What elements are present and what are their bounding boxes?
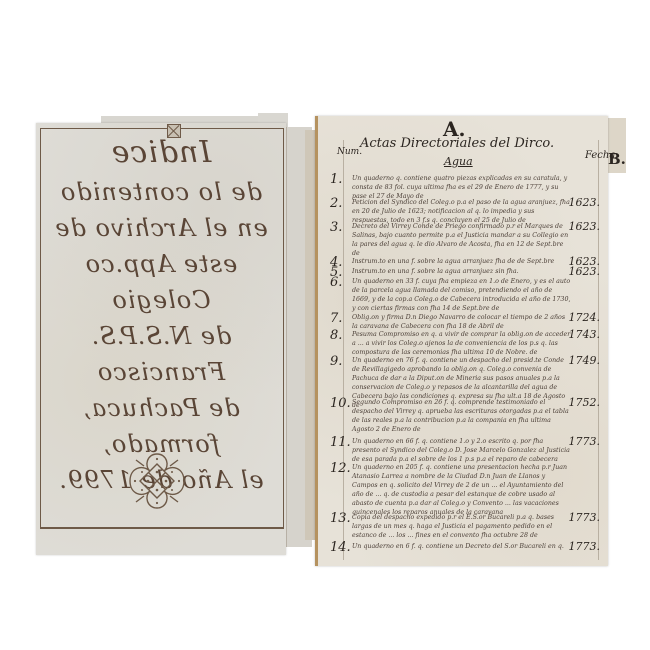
entry-number: 11. <box>330 435 350 450</box>
page-title: Actas Directoriales del Dirco. <box>360 136 554 151</box>
column-header-fecha: Fecha <box>585 150 615 161</box>
cover-line: de lo contenido <box>40 174 282 210</box>
entry-year: 1623. <box>569 196 601 209</box>
entry-year: 1773. <box>569 435 601 448</box>
entry-number: 3. <box>330 220 350 235</box>
entry-number: 10. <box>330 396 350 411</box>
entry-number: 9. <box>330 354 350 369</box>
index-entry: 14. Un quaderno en 6 f. q. contiene un D… <box>330 540 600 556</box>
index-entry: 6. Un quaderno en 33 f. cuya fha empieza… <box>330 275 600 309</box>
page-subtitle: Agua <box>444 155 473 168</box>
entry-year: 1724. <box>569 311 601 324</box>
quatrefoil-ornament-icon <box>122 446 192 516</box>
entry-text: Segundo Compromiso en 26 f. q. comprende… <box>352 398 572 434</box>
entry-text: Decreto del Virrey Conde de Priego confi… <box>352 222 572 258</box>
entry-text: Un quaderno en 66 f. q. contiene 1.o y 2… <box>352 437 572 464</box>
cover-line: de Pachuca, <box>40 390 282 426</box>
entry-year: 1773. <box>569 511 601 524</box>
cover-line-indice: Indice <box>40 132 282 174</box>
entry-text: Copia del despacho expedido p.r el E.S.o… <box>352 513 572 540</box>
cover-line: de N.S.P.S. Francisco <box>40 318 282 390</box>
entry-number: 1. <box>330 172 350 187</box>
entry-number: 12. <box>330 461 350 476</box>
entry-number: 8. <box>330 328 350 343</box>
index-entry: 10. Segundo Compromiso en 26 f. q. compr… <box>330 396 600 430</box>
entry-number: 6. <box>330 275 350 290</box>
entry-text: Pesuma Compromiso en q. a vivir de compr… <box>352 330 572 357</box>
entry-number: 7. <box>330 311 350 326</box>
entry-text: Un quaderno en 205 f. q. contiene una pr… <box>352 463 572 517</box>
entry-number: 2. <box>330 196 350 211</box>
entry-year: 1743. <box>569 328 601 341</box>
cover-line: en el Archivo de <box>40 210 282 246</box>
entry-number: 13. <box>330 511 350 526</box>
entry-year: 1773. <box>569 540 601 553</box>
index-entry: 8. Pesuma Compromiso en q. a vivir de co… <box>330 328 600 354</box>
entry-year: 1623. <box>569 220 601 233</box>
column-header-num: Num. <box>337 147 362 157</box>
entry-text: Un quaderno en 6 f. q. contiene un Decre… <box>352 542 572 551</box>
entry-text: Un quaderno en 33 f. cuya fha empieza en… <box>352 277 572 313</box>
index-entry: 11. Un quaderno en 66 f. q. contiene 1.o… <box>330 435 600 463</box>
cover-title-block: Indice de lo contenido en el Archivo de … <box>40 132 282 498</box>
cover-line: este App.co Colegio <box>40 246 282 318</box>
index-entry: 12. Un quaderno en 205 f. q. contiene un… <box>330 461 600 513</box>
index-entry: 9. Un quaderno en 76 f. q. contiene un d… <box>330 354 600 398</box>
entry-year: 1749. <box>569 354 601 367</box>
index-entry: 3. Decreto del Virrey Conde de Priego co… <box>330 220 600 256</box>
entry-number: 14. <box>330 540 350 555</box>
entry-year: 1752. <box>569 396 601 409</box>
index-entry: 13. Copia del despacho expedido p.r el E… <box>330 511 600 541</box>
